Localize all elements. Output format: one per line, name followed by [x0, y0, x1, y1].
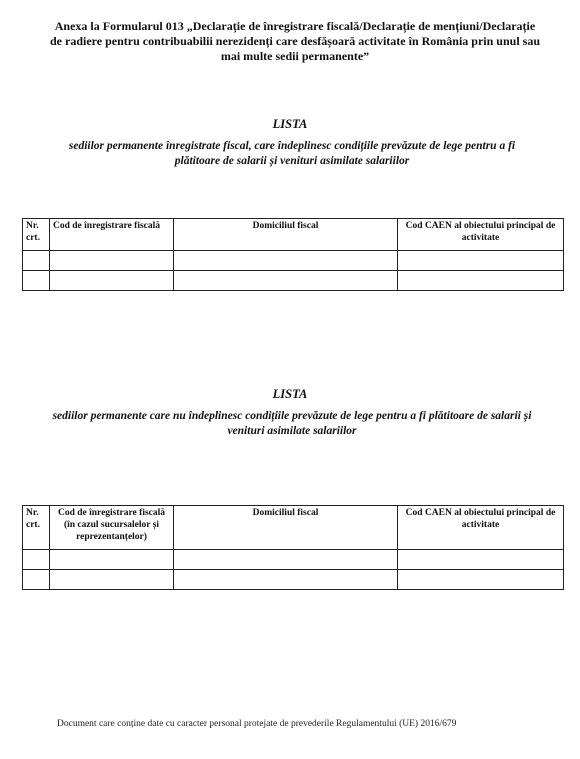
list1-table: Nr. crt. Cod de înregistrare fiscală Dom… — [22, 218, 564, 291]
column-header-caen: Cod CAEN al obiectului principal de acti… — [398, 506, 564, 550]
list2-heading: LISTA — [0, 387, 580, 402]
cell-input[interactable] — [23, 550, 50, 570]
annex-title: Anexa la Formularul 013 „Declarație de î… — [50, 19, 540, 64]
list2-subtitle: sediilor permanente care nu îndeplinesc … — [50, 409, 534, 439]
cell-input[interactable] — [398, 251, 564, 271]
list1-subtitle: sediilor permanente înregistrate fiscal,… — [50, 139, 534, 169]
column-header-cod-fiscal: Cod de înregistrare fiscală — [50, 219, 174, 251]
list1-header-row: Nr. crt. Cod de înregistrare fiscală Dom… — [23, 219, 564, 251]
column-header-caen: Cod CAEN al obiectului principal de acti… — [398, 219, 564, 251]
list2-header-row: Nr. crt. Cod de înregistrare fiscală (în… — [23, 506, 564, 550]
cell-input[interactable] — [174, 251, 398, 271]
cell-input[interactable] — [398, 570, 564, 590]
list2-table: Nr. crt. Cod de înregistrare fiscală (în… — [22, 505, 564, 590]
cell-input[interactable] — [50, 570, 174, 590]
column-header-nr: Nr. crt. — [23, 219, 50, 251]
cell-input[interactable] — [50, 271, 174, 291]
cell-input[interactable] — [50, 251, 174, 271]
cell-input[interactable] — [174, 570, 398, 590]
cell-input[interactable] — [174, 550, 398, 570]
column-header-domiciliu: Domiciliul fiscal — [174, 219, 398, 251]
column-header-nr: Nr. crt. — [23, 506, 50, 550]
cell-input[interactable] — [23, 271, 50, 291]
table-row — [23, 570, 564, 590]
list1-heading: LISTA — [0, 117, 580, 132]
cell-input[interactable] — [23, 251, 50, 271]
cell-input[interactable] — [50, 550, 174, 570]
column-header-cod-fiscal: Cod de înregistrare fiscală (în cazul su… — [50, 506, 174, 550]
table-row — [23, 251, 564, 271]
cell-input[interactable] — [398, 271, 564, 291]
cell-input[interactable] — [23, 570, 50, 590]
table-row — [23, 271, 564, 291]
column-header-domiciliu: Domiciliul fiscal — [174, 506, 398, 550]
cell-input[interactable] — [174, 271, 398, 291]
table-row — [23, 550, 564, 570]
gdpr-footer-note: Document care conține date cu caracter p… — [57, 719, 456, 729]
cell-input[interactable] — [398, 550, 564, 570]
